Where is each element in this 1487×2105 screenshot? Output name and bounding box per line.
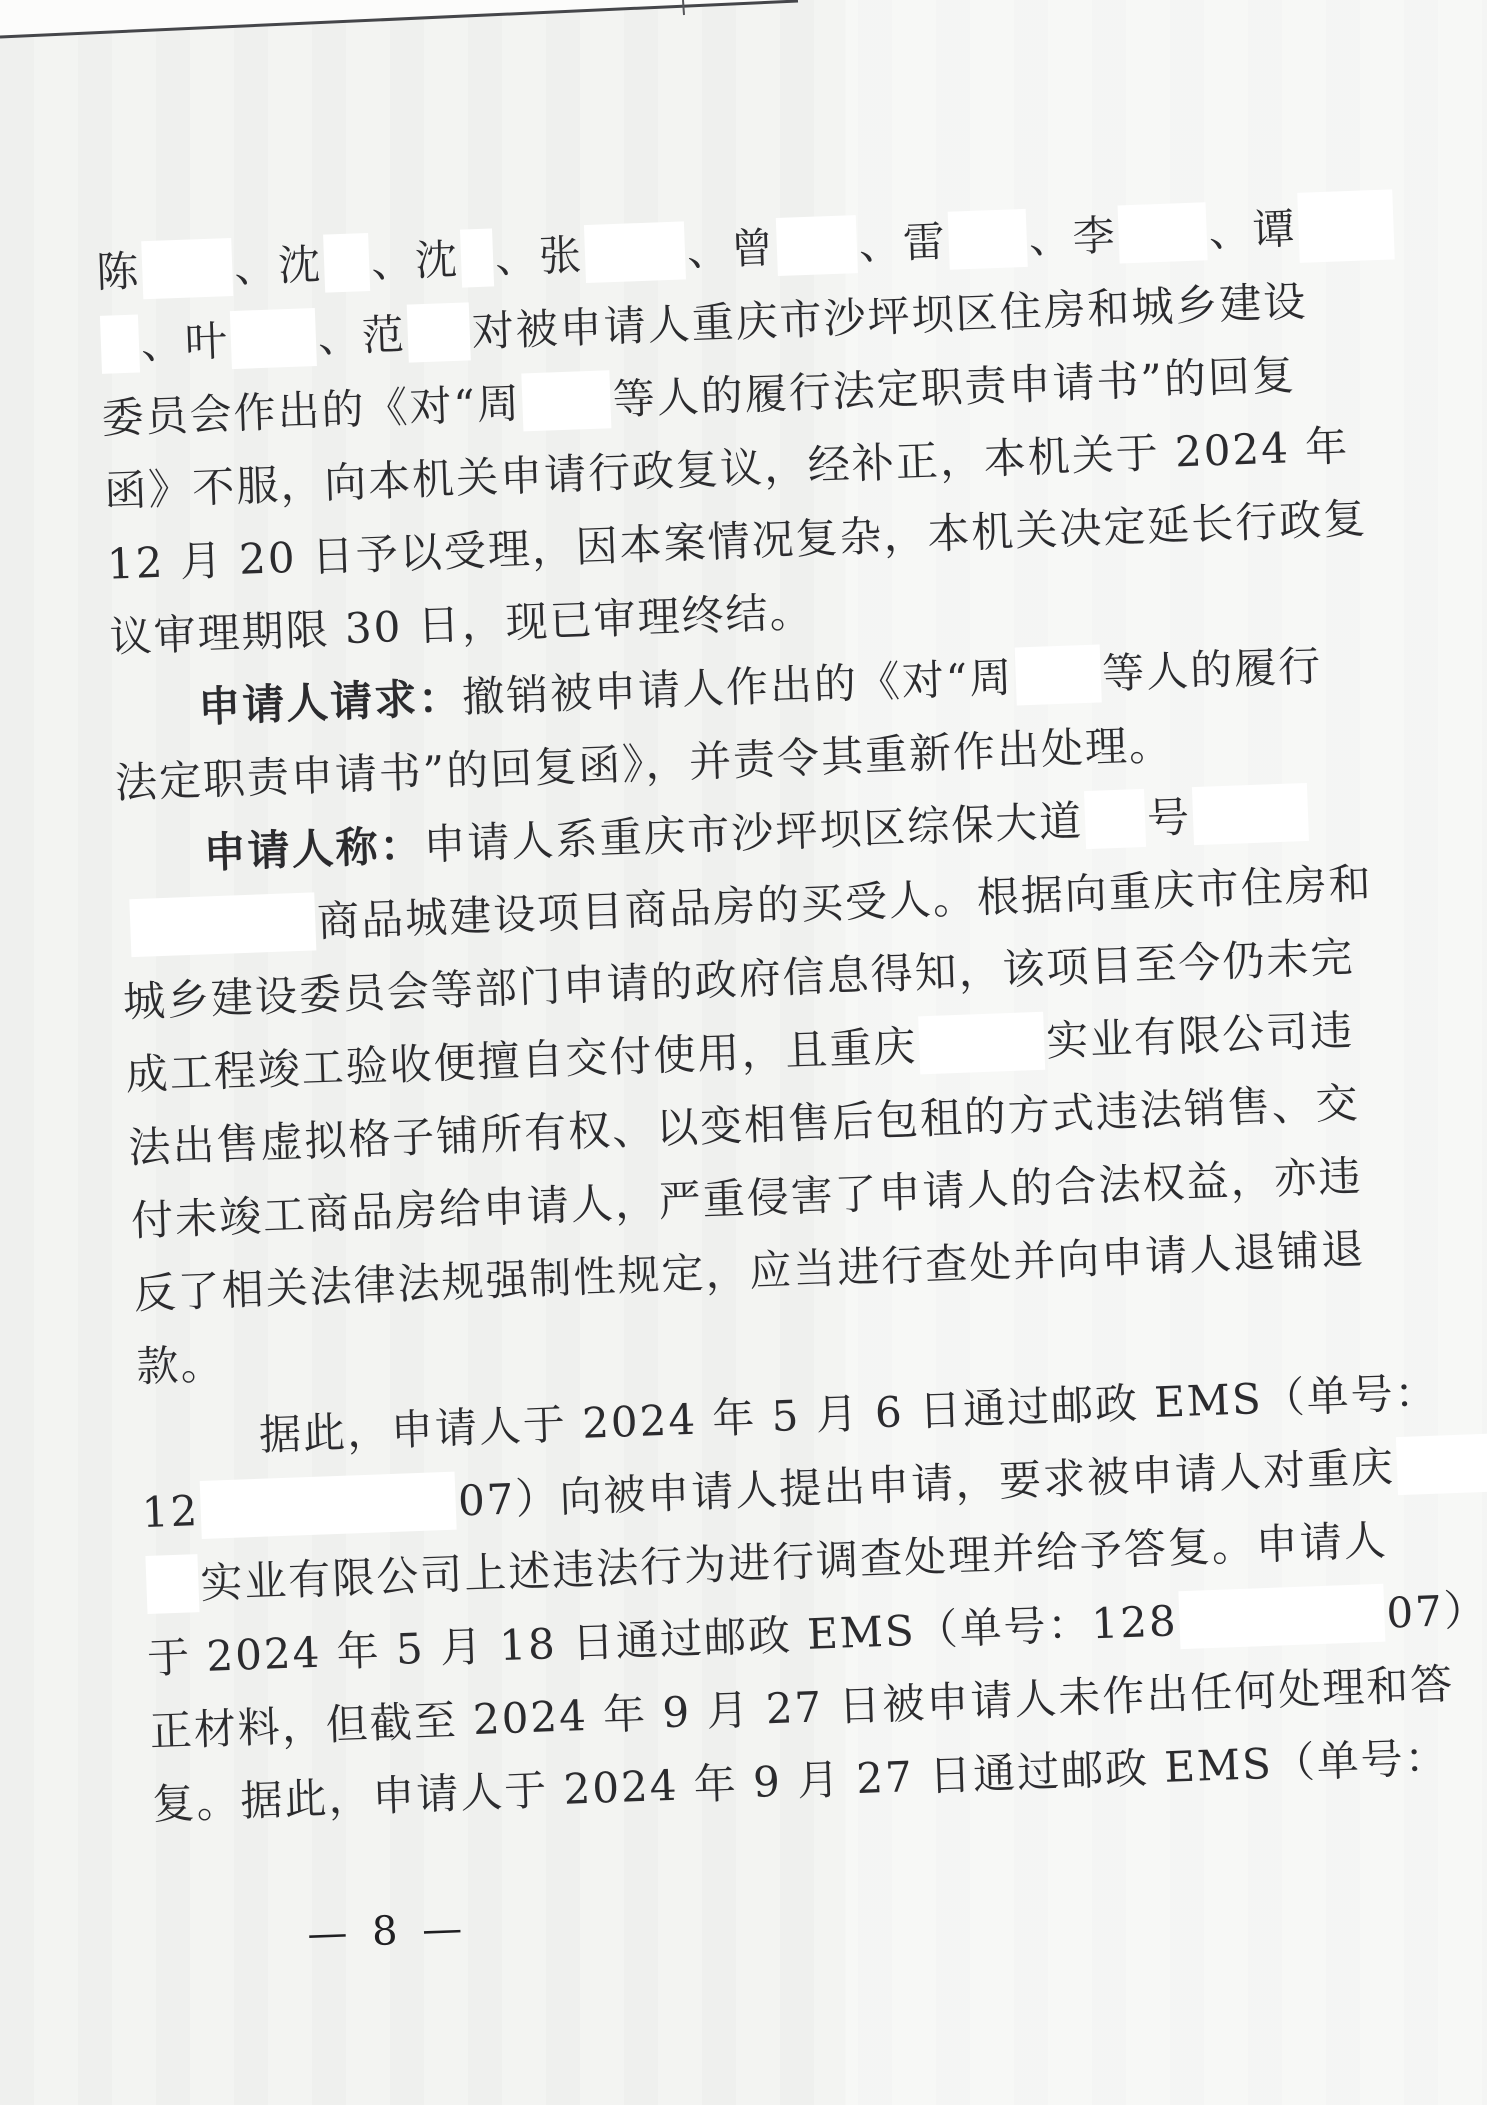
redaction-box: [100, 314, 140, 373]
redaction-box: [1297, 189, 1395, 262]
text-run: 、范: [317, 310, 407, 362]
redaction-box: [1178, 1584, 1385, 1649]
redaction-box: [200, 1472, 457, 1539]
redaction-box: [584, 221, 686, 283]
redaction-box: [1192, 783, 1309, 845]
redaction-box: [1118, 202, 1208, 263]
text-run: 、雷: [858, 217, 948, 269]
redaction-box: [230, 308, 317, 369]
redaction-box: [776, 215, 858, 276]
redaction-box: [323, 233, 370, 293]
text-run: 议审理期限 30 日，现已审理终结。: [109, 587, 814, 662]
text-run: 款。: [136, 1339, 226, 1391]
redaction-box: [918, 1012, 1045, 1075]
text-run: 、张: [494, 230, 584, 282]
text-run: 等人的履行法定职责申请书”的回复: [612, 350, 1297, 424]
document-text-block: — 8 — 陈、沈、沈、张、曾、雷、李、谭、叶、范对被申请人重庆市沙坪坝区住房和…: [95, 187, 1487, 2055]
redaction-box: [407, 302, 471, 362]
redaction-box: [1396, 1433, 1487, 1495]
text-run: 07）邮寄补: [1386, 1580, 1487, 1638]
text-run: 申请人系重庆市沙坪坝区综保大道: [423, 796, 1084, 869]
text-run: 、曾: [686, 223, 776, 275]
scanned-document-page: — 8 — 陈、沈、沈、张、曾、雷、李、谭、叶、范对被申请人重庆市沙坪坝区住房和…: [0, 0, 1487, 2105]
text-run: 申请人称：: [203, 820, 425, 877]
redaction-box: [1014, 644, 1101, 705]
text-run: 申请人请求：: [197, 673, 463, 732]
text-run: 、沈: [233, 240, 323, 292]
redaction-box: [1084, 789, 1146, 849]
text-run: 12: [141, 1486, 200, 1537]
text-run: 、李: [1028, 211, 1118, 263]
text-run: 撤销被申请人作出的《对“周: [461, 653, 1014, 722]
redaction-box: [948, 209, 1028, 270]
text-run: 陈: [95, 246, 141, 297]
text-run: 实业有限公司违: [1045, 1005, 1355, 1065]
scan-edge-artifact: [0, 0, 820, 44]
text-run: 号: [1146, 792, 1192, 843]
text-run: 、沈: [370, 235, 460, 287]
text-run: 、谭: [1208, 204, 1298, 256]
redaction-box: [145, 1554, 199, 1614]
redaction-box: [129, 892, 316, 957]
redaction-box: [141, 238, 233, 299]
text-run: 、叶: [140, 316, 230, 368]
page-number: — 8 —: [307, 1905, 469, 1957]
text-run: 等人的履行: [1101, 641, 1323, 698]
text-run: 委员会作出的《对“周: [101, 379, 522, 443]
redaction-box: [460, 228, 494, 287]
redaction-box: [522, 370, 612, 431]
